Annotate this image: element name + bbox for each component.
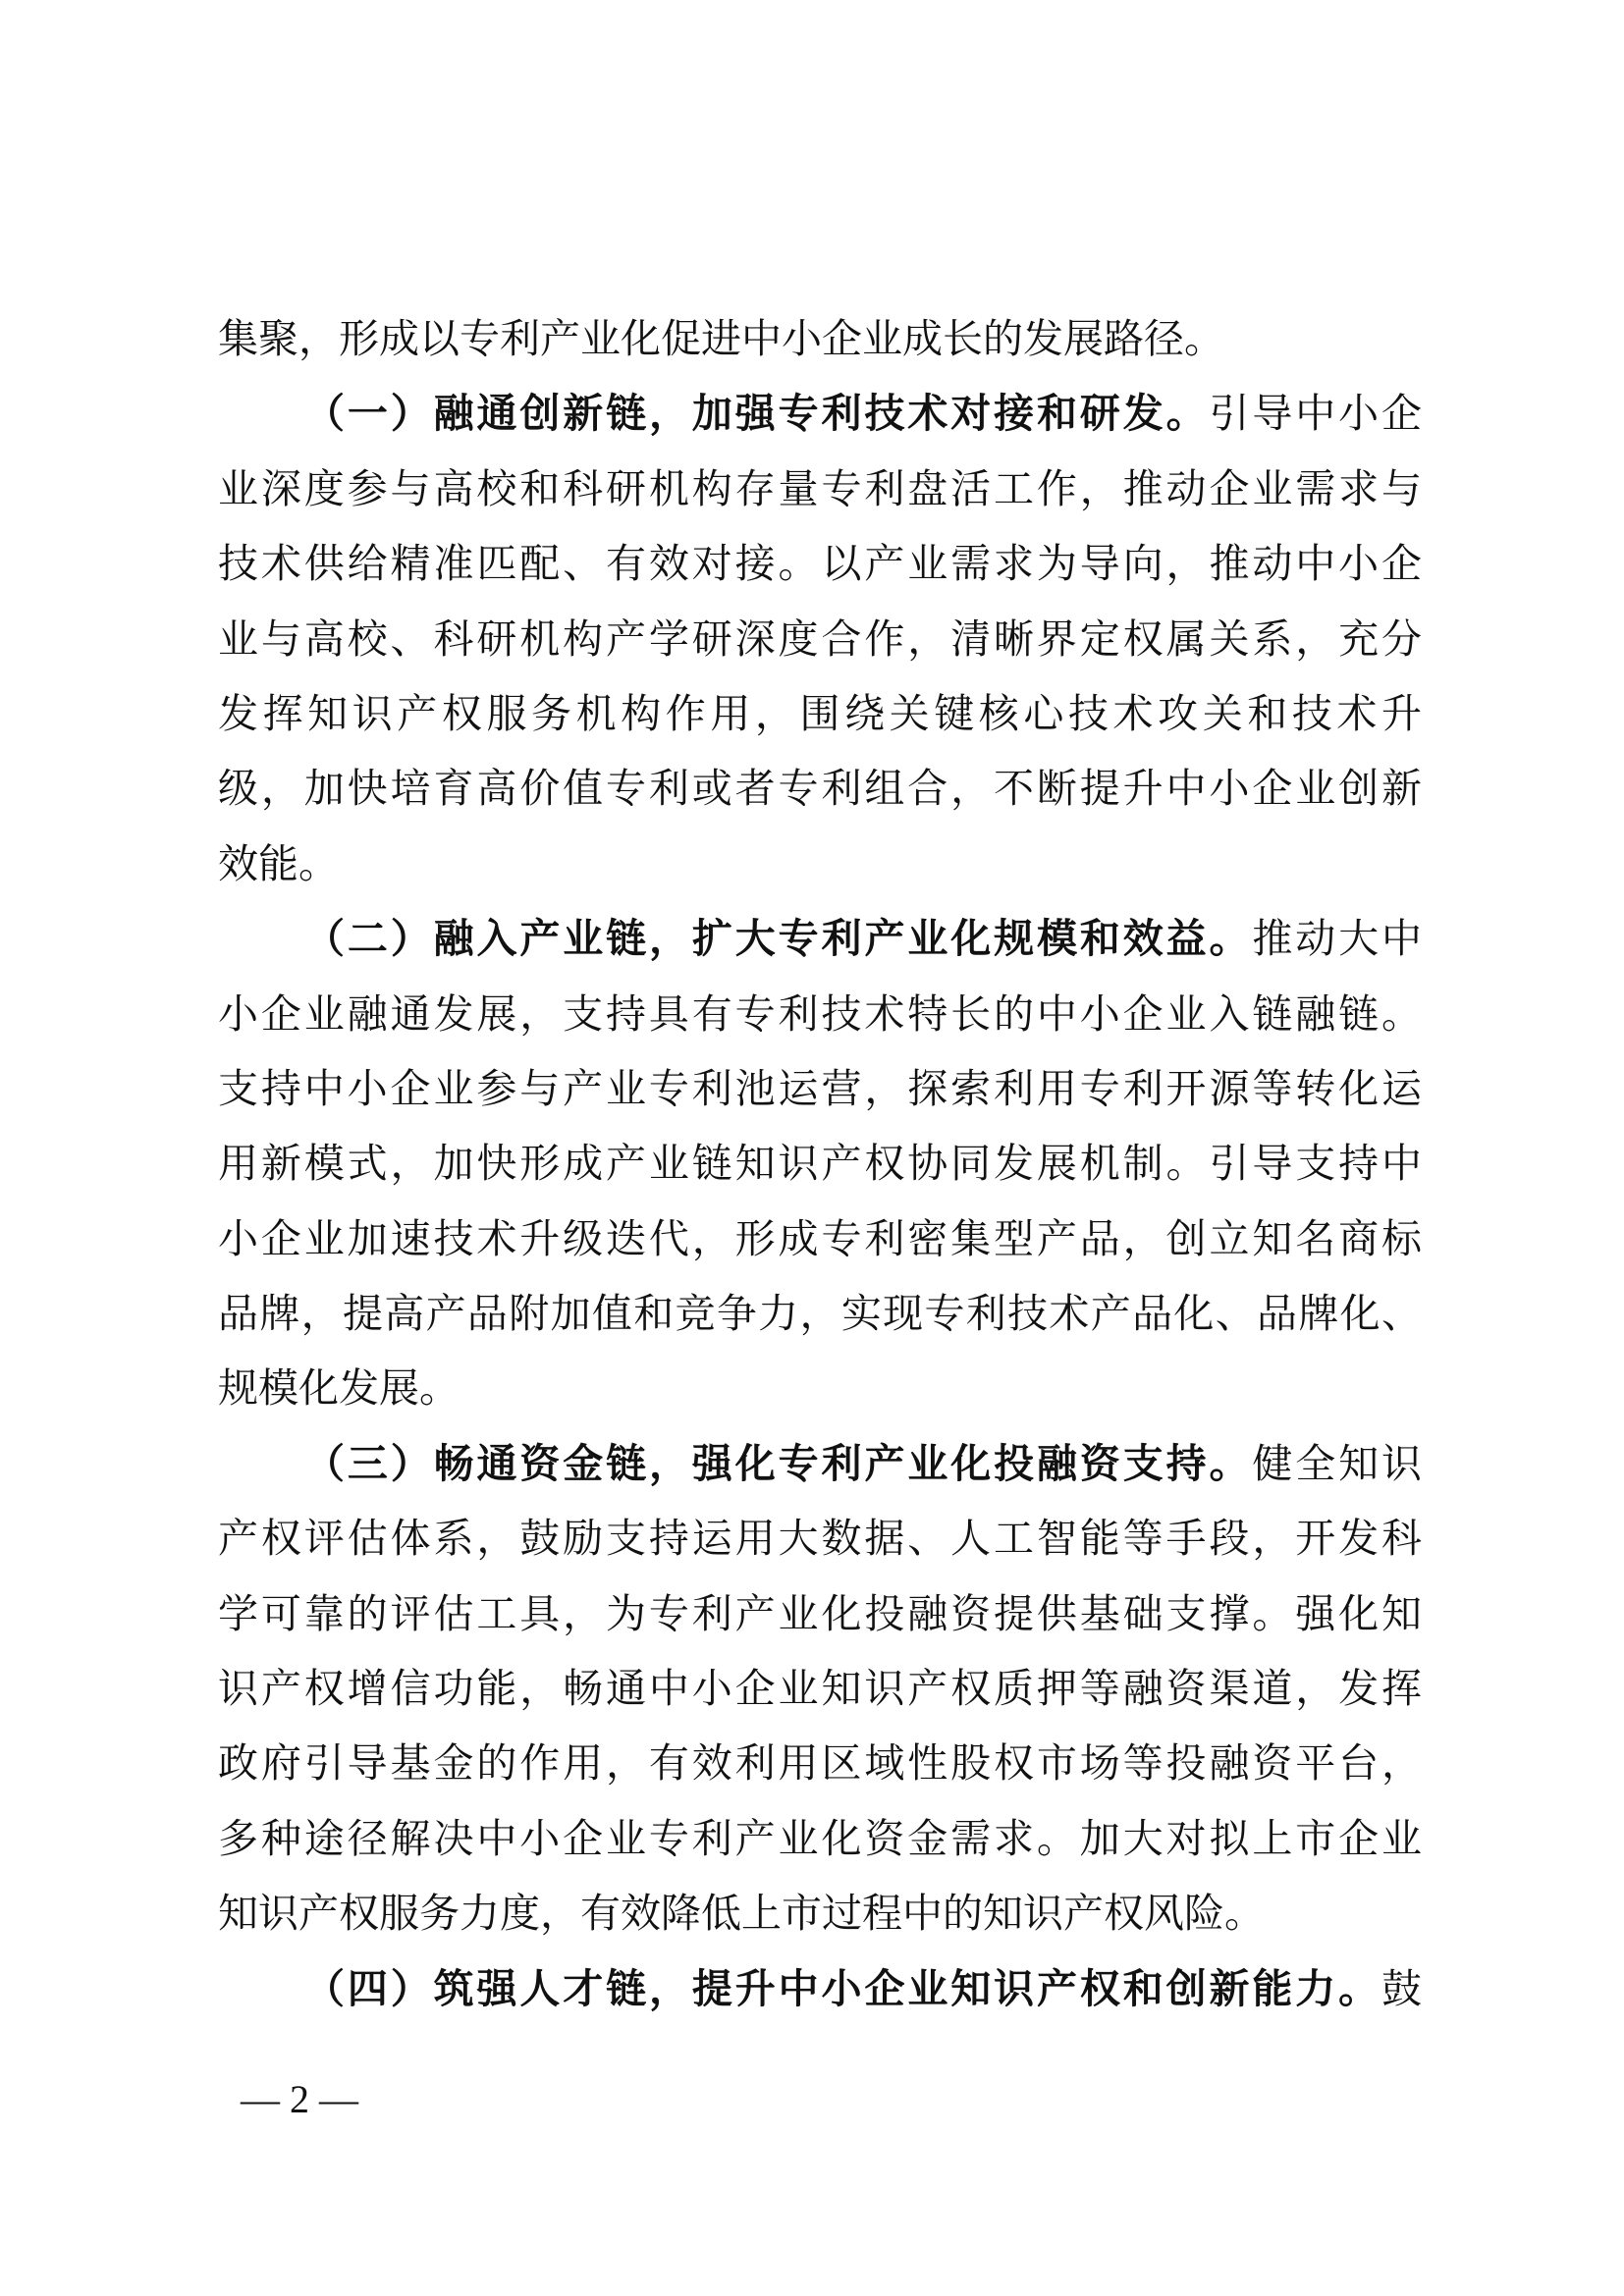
- paragraph-text: 鼓: [1381, 1965, 1422, 2012]
- paragraph-line: 支持中小企业参与产业专利池运营，探索利用专利开源等转化运: [218, 1051, 1422, 1126]
- paragraph-line: 业与高校、科研机构产学研深度合作，清晰界定权属关系，充分: [218, 602, 1422, 676]
- paragraph-line: 级，加快培育高价值专利或者专利组合，不断提升中小企业创新: [218, 751, 1422, 826]
- page-number: — 2 —: [241, 2076, 358, 2122]
- paragraph-line: 小企业融通发展，支持具有专利技术特长的中小企业入链融链。: [218, 977, 1422, 1051]
- paragraph-line: 小企业加速技术升级迭代，形成专利密集型产品，创立知名商标: [218, 1201, 1422, 1276]
- paragraph-line: 多种途径解决中小企业专利产业化资金需求。加大对拟上市企业: [218, 1801, 1422, 1876]
- paragraph-line: 知识产权服务力度，有效降低上市过程中的知识产权风险。: [218, 1876, 1422, 1950]
- paragraph-text: 引导中小企: [1209, 390, 1422, 437]
- paragraph-text: 健全知识: [1252, 1440, 1422, 1487]
- section-heading: （一）融通创新链，加强专利技术对接和研发。: [304, 390, 1209, 437]
- section-heading-line: （二）融入产业链，扩大专利产业化规模和效益。推动大中: [218, 901, 1422, 976]
- document-body: 集聚，形成以专利产业化促进中小企业成长的发展路径。 （一）融通创新链，加强专利技…: [218, 301, 1422, 2026]
- document-page: 集聚，形成以专利产业化促进中小企业成长的发展路径。 （一）融通创新链，加强专利技…: [0, 0, 1624, 2296]
- paragraph-line: 产权评估体系，鼓励支持运用大数据、人工智能等手段，开发科: [218, 1501, 1422, 1575]
- section-heading: （二）融入产业链，扩大专利产业化规模和效益。: [304, 915, 1252, 962]
- paragraph-line: 识产权增信功能，畅通中小企业知识产权质押等融资渠道，发挥: [218, 1651, 1422, 1726]
- section-heading: （三）畅通资金链，强化专利产业化投融资支持。: [304, 1440, 1252, 1487]
- paragraph-line: 政府引导基金的作用，有效利用区域性股权市场等投融资平台，: [218, 1726, 1422, 1800]
- section-heading-line: （四）筑强人才链，提升中小企业知识产权和创新能力。鼓: [218, 1951, 1422, 2026]
- section-heading: （四）筑强人才链，提升中小企业知识产权和创新能力。: [304, 1965, 1381, 2012]
- paragraph-line: 业深度参与高校和科研机构存量专利盘活工作，推动企业需求与: [218, 452, 1422, 526]
- section-heading-line: （一）融通创新链，加强专利技术对接和研发。引导中小企: [218, 376, 1422, 451]
- paragraph-line: 集聚，形成以专利产业化促进中小企业成长的发展路径。: [218, 301, 1422, 376]
- section-heading-line: （三）畅通资金链，强化专利产业化投融资支持。健全知识: [218, 1426, 1422, 1501]
- paragraph-text: 推动大中: [1252, 915, 1422, 962]
- paragraph-line: 发挥知识产权服务机构作用，围绕关键核心技术攻关和技术升: [218, 676, 1422, 751]
- paragraph-line: 规模化发展。: [218, 1351, 1422, 1425]
- paragraph-line: 效能。: [218, 827, 1422, 901]
- paragraph-line: 学可靠的评估工具，为专利产业化投融资提供基础支撑。强化知: [218, 1576, 1422, 1651]
- paragraph-line: 技术供给精准匹配、有效对接。以产业需求为导向，推动中小企: [218, 526, 1422, 601]
- paragraph-line: 用新模式，加快形成产业链知识产权协同发展机制。引导支持中: [218, 1126, 1422, 1201]
- paragraph-line: 品牌，提高产品附加值和竞争力，实现专利技术产品化、品牌化、: [218, 1276, 1422, 1351]
